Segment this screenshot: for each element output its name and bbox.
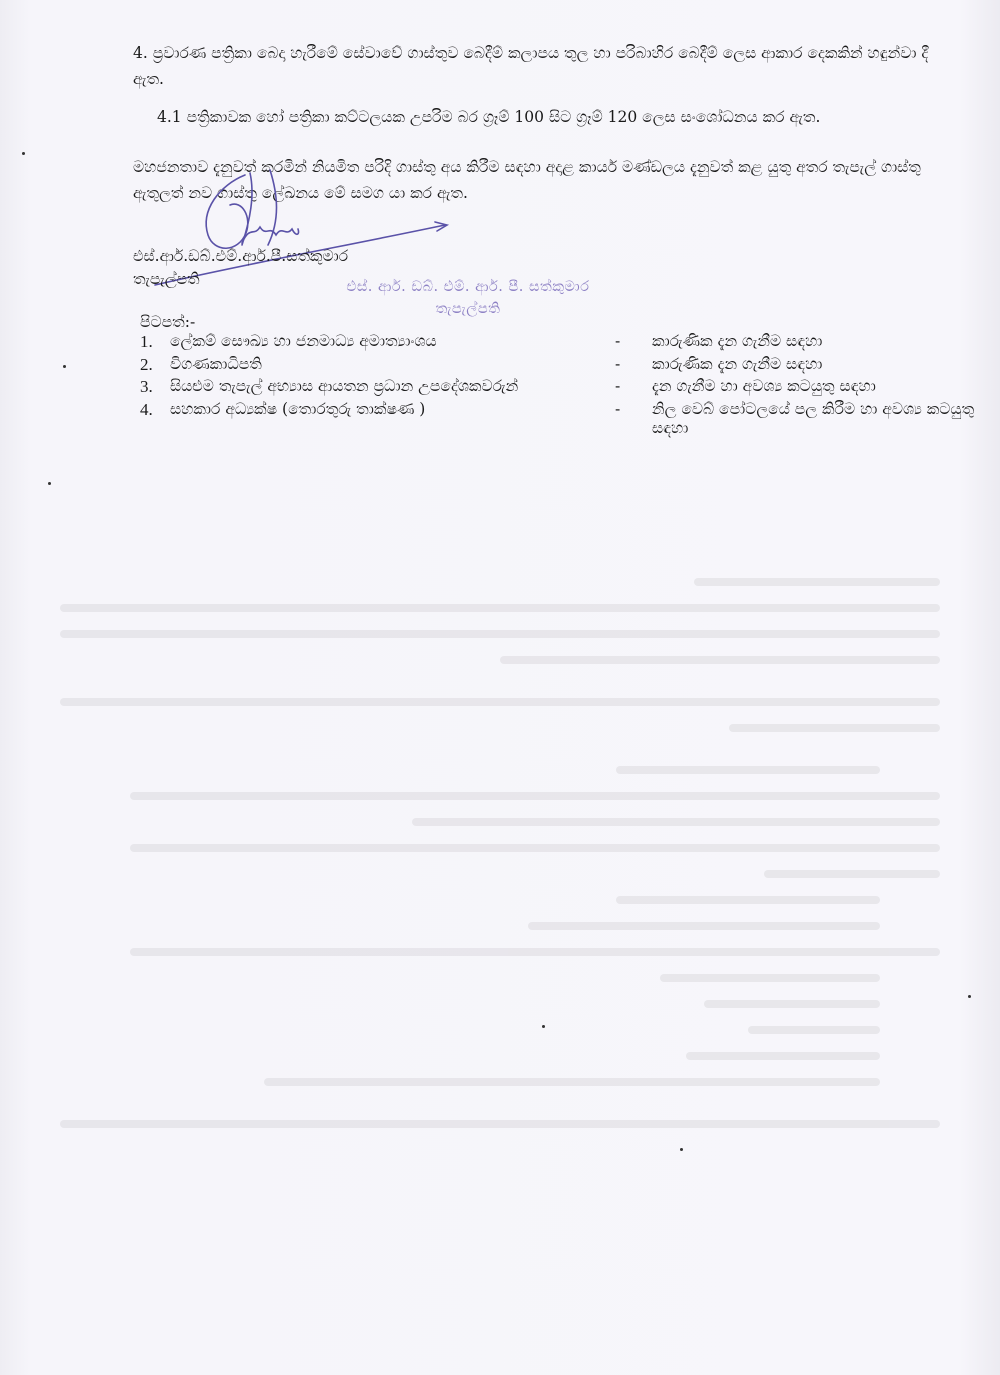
copy-item: 2. විගණකාධිපති - කාරුණික දැන ගැනීම සඳහා	[140, 355, 980, 378]
copy-item: 1. ලේකම් සෞඛ්‍ය හා ජනමාධ්‍ය අමාත්‍යාංශය …	[140, 332, 980, 355]
copy-dash: -	[615, 332, 620, 350]
copy-number: 1.	[140, 332, 170, 352]
scan-speck	[542, 1025, 545, 1028]
stamp-title: තැපැල්පති	[328, 298, 608, 320]
copy-recipient: සියළුම තැපැල් අභ්‍යාස ආයතන ප්‍රධාන උපදේශ…	[170, 377, 518, 396]
scan-speck	[22, 152, 25, 155]
paragraph-4: 4. ප්‍රවාරණ පත්‍රිකා බෙදා හැරීමේ සේවාවේ …	[133, 40, 933, 92]
copy-dash: -	[615, 400, 620, 418]
copies-label: පිටපත්:-	[140, 313, 195, 332]
paragraph-4-1: 4.1 පත්‍රිකාවක හෝ පත්‍රිකා කට්ටලයක උපරිම…	[157, 104, 937, 130]
copy-recipient: සහකාර අධ්‍යක්ෂ (තොරතුරු තාක්ෂණ )	[170, 400, 425, 419]
copy-purpose: කාරුණික දැන ගැනීම සඳහා	[652, 332, 982, 351]
scan-speck	[680, 1148, 683, 1151]
reverse-side-bleed-through	[60, 560, 940, 1200]
copy-dash: -	[615, 355, 620, 373]
scan-speck	[63, 365, 66, 368]
copies-list: 1. ලේකම් සෞඛ්‍ය හා ජනමාධ්‍ය අමාත්‍යාංශය …	[140, 332, 980, 422]
scanned-document-page: 4. ප්‍රවාරණ පත්‍රිකා බෙදා හැරීමේ සේවාවේ …	[0, 0, 1000, 1375]
copy-number: 2.	[140, 355, 170, 375]
copy-item: 3. සියළුම තැපැල් අභ්‍යාස ආයතන ප්‍රධාන උප…	[140, 377, 980, 400]
scan-speck	[968, 995, 971, 998]
copy-purpose: දැන ගැනීම හා අවශ්‍ය කටයුතු සඳහා	[652, 377, 982, 396]
copy-dash: -	[615, 377, 620, 395]
stamp-name: එස්. ආර්. ඩබ්. එම්. ආර්. පී. සත්කුමාර	[328, 276, 608, 298]
copy-number: 3.	[140, 377, 170, 397]
copy-number: 4.	[140, 400, 170, 420]
signatory-title: තැපැල්පති	[133, 270, 200, 289]
copy-purpose: කාරුණික දැන ගැනීම සඳහා	[652, 355, 982, 374]
signatory-name: එස්.ආර්.ඩබ්.එම්.ආර්.පී.සත්කුමාර	[133, 247, 348, 266]
scan-speck	[48, 482, 51, 485]
copy-recipient: ලේකම් සෞඛ්‍ය හා ජනමාධ්‍ය අමාත්‍යාංශය	[170, 332, 437, 351]
copy-purpose: නිල වෙබ් පෝටලයේ පල කිරීම හා අවශ්‍ය කටයුත…	[652, 400, 982, 438]
copy-item: 4. සහකාර අධ්‍යක්ෂ (තොරතුරු තාක්ෂණ ) - නි…	[140, 400, 980, 423]
official-stamp: එස්. ආර්. ඩබ්. එම්. ආර්. පී. සත්කුමාර තැ…	[328, 276, 608, 320]
copy-recipient: විගණකාධිපති	[170, 355, 262, 374]
